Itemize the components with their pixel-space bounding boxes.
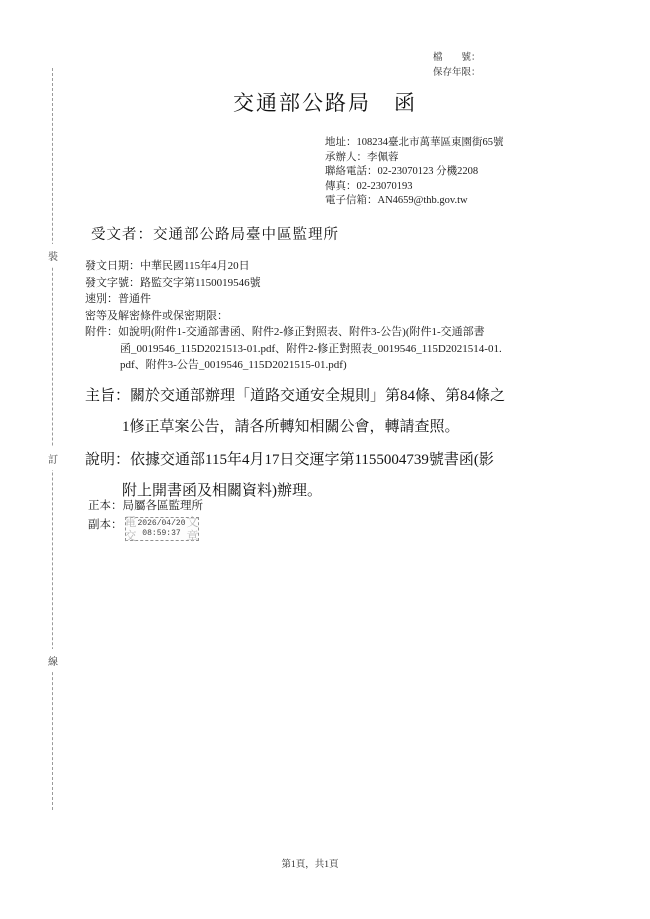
sender-email: 電子信箱：AN4659@thb.gov.tw <box>325 194 504 209</box>
binding-mark-zhuang: 裝 <box>44 244 62 267</box>
archive-labels: 檔 號： 保存年限： <box>433 51 481 81</box>
recipient-line: 受文者：交通部公路局臺中區監理所 <box>91 223 339 244</box>
attachment-line: 函_0019546_115D2021513-01.pdf、附件2-修正對照表_0… <box>85 341 575 358</box>
priority-line: 速別：普通件 <box>85 291 261 308</box>
subject-line: 主旨：關於交通部辦理「道路交通安全規則」第84條、第84條之 <box>85 381 605 412</box>
stamp-corner-char: 電 <box>125 516 137 528</box>
sender-address: 地址：108234臺北市萬華區東園街65號 <box>325 136 504 151</box>
stamp-date: 2026/04/20 <box>137 519 185 528</box>
attachment-line: 附件：如說明(附件1-交通部書函、附件2-修正對照表、附件3-公告)(附件1-交… <box>85 324 575 341</box>
binding-dashed-line <box>52 68 53 810</box>
stamp-corner-char: 文 <box>186 516 198 528</box>
cc-label: 副本： <box>88 517 123 534</box>
binding-mark-ding: 訂 <box>44 447 62 470</box>
page-number-footer: 第1頁，共1頁 <box>0 856 620 870</box>
file-number-label: 檔 號： <box>433 51 481 66</box>
copies-block: 正本：局屬各區監理所 副本： 電 文 交 章 2026/04/20 08:59:… <box>88 498 203 541</box>
document-title: 交通部公路局 函 <box>0 87 650 117</box>
sender-fax: 傳真：02-23070193 <box>325 180 504 195</box>
sender-contact-person: 承辦人：李佩蓉 <box>325 151 504 166</box>
electronic-exchange-stamp: 電 文 交 章 2026/04/20 08:59:37 <box>125 517 199 541</box>
stamp-corner-char: 章 <box>186 530 198 542</box>
issue-date-line: 發文日期：中華民國115年4月20日 <box>85 258 261 275</box>
subject-block: 主旨：關於交通部辦理「道路交通安全規則」第84條、第84條之 1修正草案公告，請… <box>85 381 605 443</box>
subject-line: 1修正草案公告，請各所轉知相關公會，轉請查照。 <box>85 412 605 443</box>
stamp-corner-char: 交 <box>125 530 137 542</box>
attachment-block: 附件：如說明(附件1-交通部書函、附件2-修正對照表、附件3-公告)(附件1-交… <box>85 324 575 374</box>
issue-number-line: 發文字號：路監交字第1150019546號 <box>85 275 261 292</box>
retention-period-label: 保存年限： <box>433 66 481 81</box>
classification-line: 密等及解密條件或保密期限： <box>85 308 261 325</box>
binding-mark-xian: 線 <box>44 649 62 672</box>
cc-line: 副本： 電 文 交 章 2026/04/20 08:59:37 <box>88 517 203 541</box>
sender-contact-block: 地址：108234臺北市萬華區東園街65號 承辦人：李佩蓉 聯絡電話：02-23… <box>325 136 504 209</box>
original-recipient-line: 正本：局屬各區監理所 <box>88 498 203 515</box>
sender-phone: 聯絡電話：02-23070123 分機2208 <box>325 165 504 180</box>
description-line: 說明：依據交通部115年4月17日交運字第1155004739號書函(影 <box>85 445 605 476</box>
official-letter-page: 裝 訂 線 檔 號： 保存年限： 交通部公路局 函 地址：108234臺北市萬華… <box>0 0 650 919</box>
attachment-line: pdf、附件3-公告_0019546_115D2021515-01.pdf) <box>85 357 575 374</box>
document-meta-block: 發文日期：中華民國115年4月20日 發文字號：路監交字第1150019546號… <box>85 258 261 324</box>
stamp-time: 08:59:37 <box>142 529 180 538</box>
